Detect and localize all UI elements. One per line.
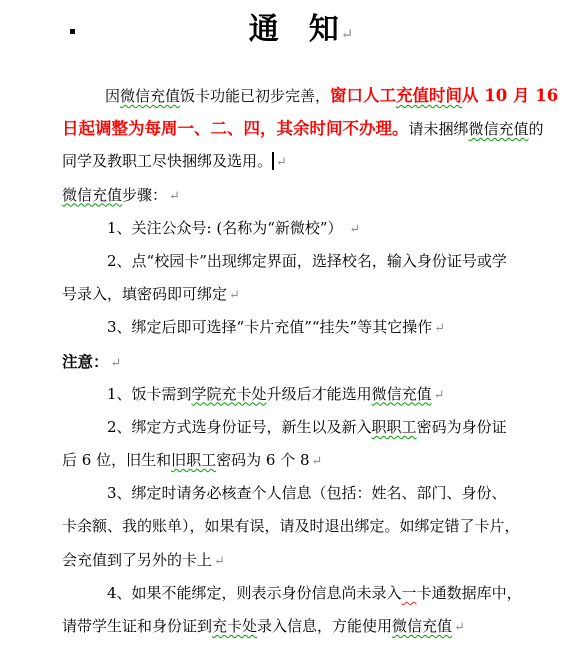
text-run: 4、如果不能绑定，则表示身份信息尚未录入 xyxy=(107,584,402,602)
text-run: 1、关注公众号: (名称为“新微校”） xyxy=(107,219,347,237)
text-line: 1、饭卡需到学院充卡处升级后才能选用微信充值↵ xyxy=(62,378,567,411)
text-run: 2、点“校园卡”出现绑定界面，选择校名，输入身份证号或学 xyxy=(107,252,507,270)
text-line: 日起调整为每周一、二、四，其余时间不办理。请未捆绑微信充值的 xyxy=(62,112,567,145)
paragraph-mark-icon: ↵ xyxy=(111,356,122,371)
text-line: 后 6 位，旧生和旧职工密码为 6 个 8↵ xyxy=(62,444,567,477)
text-cursor xyxy=(272,152,274,170)
text-run: 请带学生证和身份证到 xyxy=(62,617,212,635)
text-line: 2、点“校园卡”出现绑定界面，选择校名，输入身份证号或学 xyxy=(62,245,567,278)
spellcheck-text-run: 微信充值 xyxy=(62,186,122,204)
text-run: 的 xyxy=(529,120,544,138)
paragraph-mark-icon: ↵ xyxy=(454,620,465,635)
text-run: 3、绑定时请务必核查个人信息（包括：姓名、部门、身份、 xyxy=(107,484,507,502)
text-run: 录入信息，方能使用 xyxy=(257,617,392,635)
title-text: 通 知 xyxy=(249,12,339,47)
text-line: 3、绑定后即可选择“卡片充值”“挂失”等其它操作↵ xyxy=(62,311,567,344)
spellcheck-text-run: 一 xyxy=(402,584,417,602)
text-run: 步骤： xyxy=(122,186,167,204)
text-line: 会充值到了另外的卡上↵ xyxy=(62,544,567,577)
text-run: 号录入，填密码即可绑定 xyxy=(62,285,227,303)
paragraph-mark-icon: ↵ xyxy=(312,454,323,469)
paragraph-mark-icon: ↵ xyxy=(341,25,354,43)
spellcheck-text-run: 微信充值 xyxy=(469,120,529,138)
paragraph-mark-icon: ↵ xyxy=(434,388,445,403)
text-run: 饭卡功能已初步完善， xyxy=(180,87,330,105)
text-run: 会充值到了另外的卡上 xyxy=(62,551,212,569)
document-page[interactable]: 通 知↵ 因微信充值饭卡功能已初步完善，窗口人工充值时间从 10 月 16日起调… xyxy=(0,0,572,651)
text-run: 注意： xyxy=(62,352,109,371)
text-line: 3、绑定时请务必核查个人信息（包括：姓名、部门、身份、 xyxy=(62,477,567,510)
text-line: 因微信充值饭卡功能已初步完善，窗口人工充值时间从 10 月 16 xyxy=(62,79,567,112)
text-run: 升级后才能选用 xyxy=(267,385,372,403)
text-run: 请未捆绑 xyxy=(409,120,469,138)
paragraph-mark-icon: ↵ xyxy=(214,554,225,569)
text-line: 号录入，填密码即可绑定↵ xyxy=(62,278,567,311)
paragraph-mark-icon: ↵ xyxy=(229,288,240,303)
spellcheck-text-run: 旧职工 xyxy=(171,451,216,469)
spellcheck-text-run: 充卡处 xyxy=(212,617,257,635)
paragraph-mark-icon: ↵ xyxy=(276,155,287,170)
text-run: 日起调整为每周一、二、四，其余时间不办理。 xyxy=(62,119,409,138)
spellcheck-text-run: 充值时间 xyxy=(396,86,462,105)
spellcheck-text-run: 微信充值 xyxy=(372,385,432,403)
paragraph-mark-icon: ↵ xyxy=(169,189,180,204)
text-run: 1、饭卡需到 xyxy=(107,385,192,403)
text-line: 4、如果不能绑定，则表示身份信息尚未录入一卡通数据库中， xyxy=(62,577,567,610)
text-run: 同学及教职工尽快捆绑及选用。 xyxy=(62,152,272,170)
spellcheck-text-run: 学院充卡处 xyxy=(192,385,267,403)
text-run: 后 6 位，旧生和 xyxy=(62,451,171,469)
text-line: 1、关注公众号: (名称为“新微校”） ↵ xyxy=(62,212,567,245)
paragraph-mark-icon: ↵ xyxy=(349,222,360,237)
text-run: 密码为身份证 xyxy=(417,418,507,436)
spellcheck-text-run: 微信充值 xyxy=(392,617,452,635)
spellcheck-text-run: 职职工 xyxy=(372,418,417,436)
text-line: 请带学生证和身份证到充卡处录入信息，方能使用微信充值↵ xyxy=(62,610,567,643)
text-run: 2、绑定方式选身份证号，新生以及新入 xyxy=(107,418,372,436)
text-run: 卡通数据库中， xyxy=(417,584,522,602)
text-run: 3、绑定后即可选择“卡片充值”“挂失”等其它操作 xyxy=(107,318,432,336)
paragraph-mark-icon: ↵ xyxy=(434,321,445,336)
text-line: 同学及教职工尽快捆绑及选用。↵ xyxy=(62,145,567,178)
spellcheck-text-run: 微信充值 xyxy=(120,87,180,105)
text-run: 卡余额、我的账单），如果有误，请及时退出绑定。如绑定错了卡片， xyxy=(62,517,520,535)
text-line: 卡余额、我的账单），如果有误，请及时退出绑定。如绑定错了卡片， xyxy=(62,510,567,543)
text-line: 2、绑定方式选身份证号，新生以及新入职职工密码为身份证 xyxy=(62,411,567,444)
text-line: 微信充值步骤：↵ xyxy=(62,179,567,212)
document-body[interactable]: 因微信充值饭卡功能已初步完善，窗口人工充值时间从 10 月 16日起调整为每周一… xyxy=(62,79,567,643)
document-title: 通 知↵ xyxy=(0,8,572,56)
text-run: 窗口人工 xyxy=(330,86,396,105)
text-run: 密码为 6 个 8 xyxy=(216,451,309,469)
text-line: 注意：↵ xyxy=(62,345,567,378)
text-run: 从 10 月 16 xyxy=(462,86,558,105)
text-run: 因 xyxy=(105,87,120,105)
